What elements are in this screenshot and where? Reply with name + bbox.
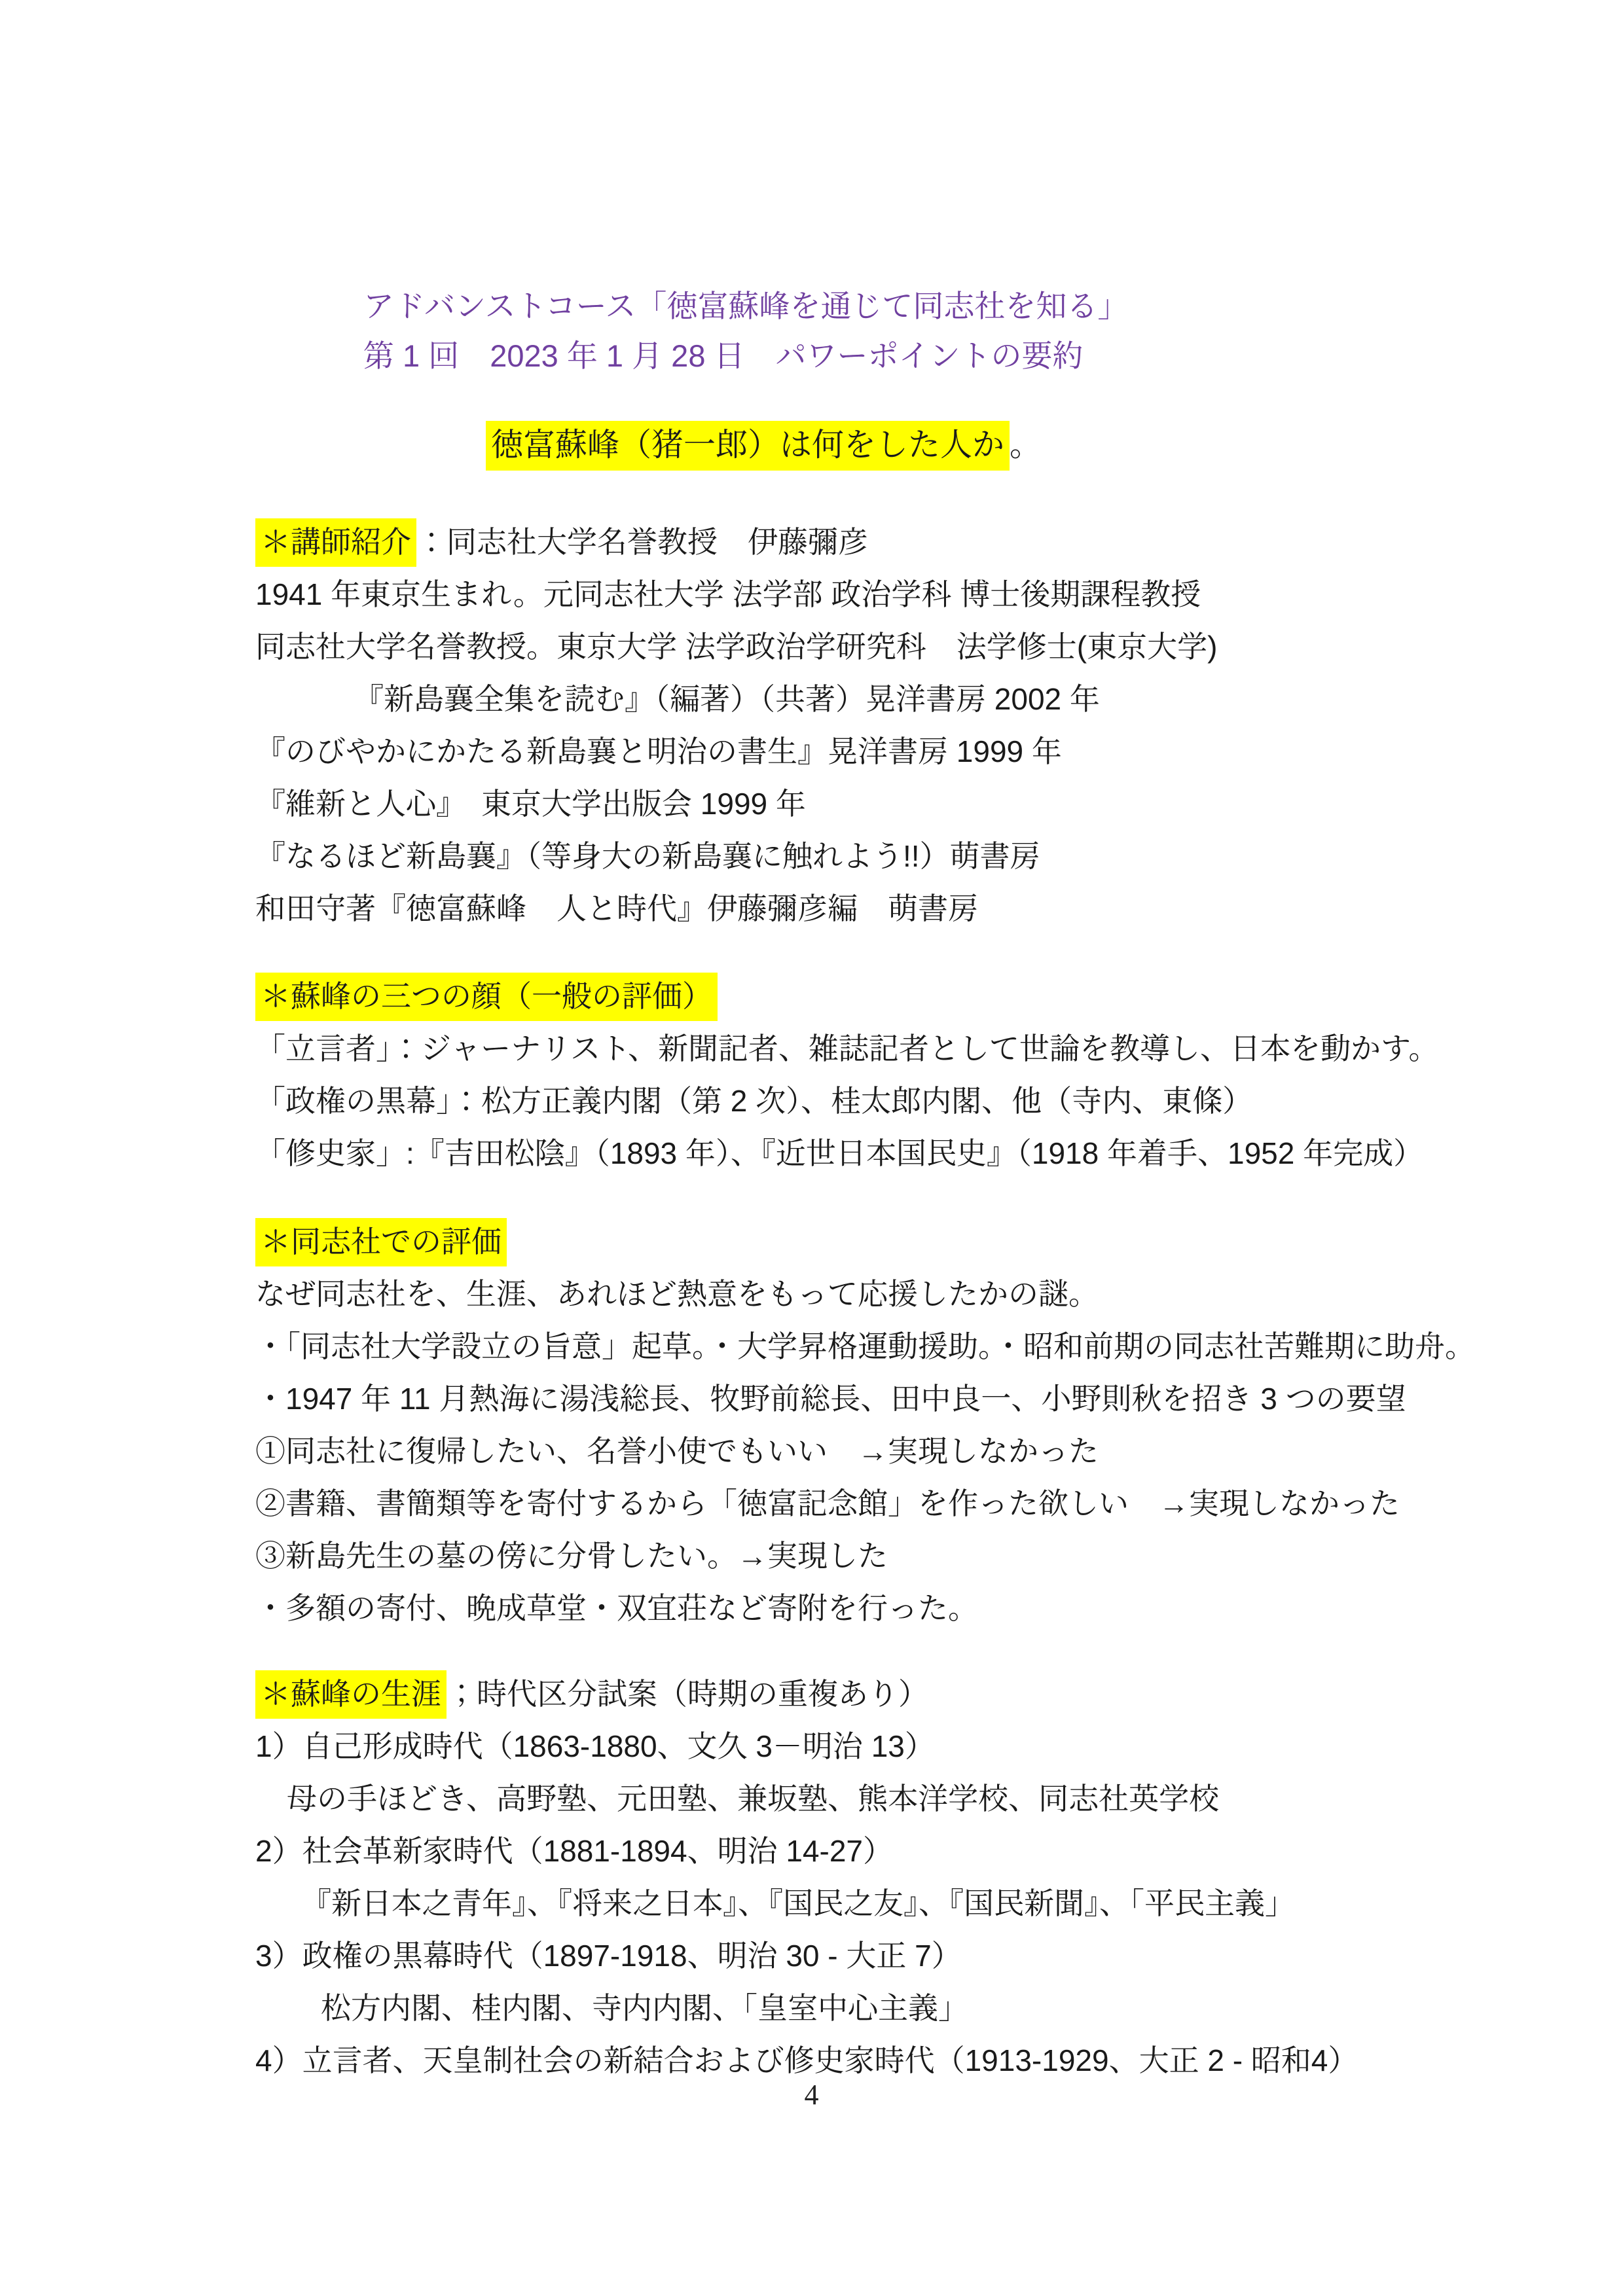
- text-line: 松方内閣、桂内閣、寺内内閣、「皇室中心主義」: [321, 1982, 1408, 2034]
- text-line: 2）社会革新家時代（1881-1894、明治 14-27）: [255, 1825, 1408, 1877]
- heading-rest: ；時代区分試案（時期の重複あり）: [447, 1677, 928, 1711]
- page-number: 4: [0, 2078, 1623, 2111]
- page-title-suffix: 。: [1010, 427, 1042, 463]
- section-three-faces: ＊蘇峰の三つの顔（一般の評価） 「立言者」：ジャーナリスト、新聞記者、雑誌記者と…: [255, 970, 1408, 1179]
- text-line: 「立言者」：ジャーナリスト、新聞記者、雑誌記者として世論を教導し、日本を動かす。: [255, 1022, 1408, 1075]
- text-line: 同志社大学名誉教授。東京大学 法学政治学研究科 法学修士(東京大学): [255, 620, 1408, 673]
- heading-highlight: ＊講師紹介: [255, 518, 416, 567]
- text-line: 1941 年東京生まれ。元同志社大学 法学部 政治学科 博士後期課程教授: [255, 568, 1408, 620]
- heading-highlight: ＊同志社での評価: [255, 1218, 507, 1266]
- header-line-2: 第 1 回 2023 年 1 月 28 日 パワーポイントの要約: [363, 331, 1128, 381]
- section-sohos-life: ＊蘇峰の生涯；時代区分試案（時期の重複あり） 1）自己形成時代（1863-188…: [255, 1668, 1408, 2087]
- text-line: 1）自己形成時代（1863-1880、文久 3－明治 13）: [255, 1720, 1408, 1772]
- text-line: 『のびやかにかたる新島襄と明治の書生』晃洋書房 1999 年: [255, 725, 1408, 778]
- heading-highlight: ＊蘇峰の生涯: [255, 1670, 447, 1719]
- heading-highlight: ＊蘇峰の三つの顔（一般の評価）: [255, 973, 718, 1021]
- text-line: 『なるほど新島襄』（等身大の新島襄に触れよう!!）萌書房: [255, 830, 1408, 882]
- page-title: 徳富蘇峰（猪一郎）は何をした人か。: [486, 422, 1042, 468]
- header-line-1: アドバンストコース「徳富蘇峰を通じて同志社を知る」: [363, 281, 1128, 331]
- section-heading: ＊蘇峰の生涯；時代区分試案（時期の重複あり）: [255, 1668, 1408, 1720]
- text-line: 3）政権の黒幕時代（1897-1918、明治 30 - 大正 7）: [255, 1929, 1408, 1982]
- text-line: ・「同志社大学設立の旨意」起草。・大学昇格運動援助。・昭和前期の同志社苦難期に助…: [255, 1320, 1408, 1372]
- section-lecturer-intro: ＊講師紹介：同志社大学名誉教授 伊藤彌彦 1941 年東京生まれ。元同志社大学 …: [255, 516, 1408, 935]
- text-line: 「政権の黒幕」：松方正義内閣（第 2 次）、桂太郎内閣、他（寺内、東條）: [255, 1075, 1408, 1127]
- text-line: 『維新と人心』 東京大学出版会 1999 年: [255, 778, 1408, 830]
- heading-rest: ：同志社大学名誉教授 伊藤彌彦: [416, 525, 868, 559]
- text-line: ・多額の寄付、晩成草堂・双宜荘など寄附を行った。: [255, 1582, 1408, 1634]
- text-line: 『新日本之青年』、『将来之日本』、『国民之友』、『国民新聞』、「平民主義」: [301, 1877, 1408, 1929]
- text-line: ・1947 年 11 月熱海に湯浅総長、牧野前総長、田中良一、小野則秋を招き 3…: [255, 1372, 1408, 1425]
- section-doshisha-evaluation: ＊同志社での評価 なぜ同志社を、生涯、あれほど熱意をもって応援したかの謎。 ・「…: [255, 1215, 1408, 1634]
- section-heading: ＊蘇峰の三つの顔（一般の評価）: [255, 970, 1408, 1022]
- text-line: ②書籍、書簡類等を寄付するから「徳富記念館」を作った欲しい →実現しなかった: [255, 1477, 1408, 1530]
- text-line: ③新島先生の墓の傍に分骨したい。→実現した: [255, 1530, 1408, 1582]
- text-line: 『新島襄全集を読む』（編著）（共著）晃洋書房 2002 年: [354, 673, 1408, 725]
- text-line: 「修史家」:『吉田松陰』（1893 年）、『近世日本国民史』（1918 年着手、…: [255, 1127, 1408, 1179]
- text-line: 和田守著『徳富蘇峰 人と時代』伊藤彌彦編 萌書房: [255, 882, 1408, 935]
- document-header: アドバンストコース「徳富蘇峰を通じて同志社を知る」 第 1 回 2023 年 1…: [363, 281, 1128, 381]
- section-heading: ＊同志社での評価: [255, 1215, 1408, 1268]
- document-page: アドバンストコース「徳富蘇峰を通じて同志社を知る」 第 1 回 2023 年 1…: [0, 0, 1623, 2296]
- section-heading: ＊講師紹介：同志社大学名誉教授 伊藤彌彦: [255, 516, 1408, 568]
- text-line: なぜ同志社を、生涯、あれほど熱意をもって応援したかの謎。: [255, 1268, 1408, 1320]
- page-title-highlight: 徳富蘇峰（猪一郎）は何をした人か: [486, 421, 1010, 471]
- text-line: 母の手ほどき、高野塾、元田塾、兼坂塾、熊本洋学校、同志社英学校: [287, 1772, 1408, 1825]
- text-line: ①同志社に復帰したい、名誉小使でもいい →実現しなかった: [255, 1425, 1408, 1477]
